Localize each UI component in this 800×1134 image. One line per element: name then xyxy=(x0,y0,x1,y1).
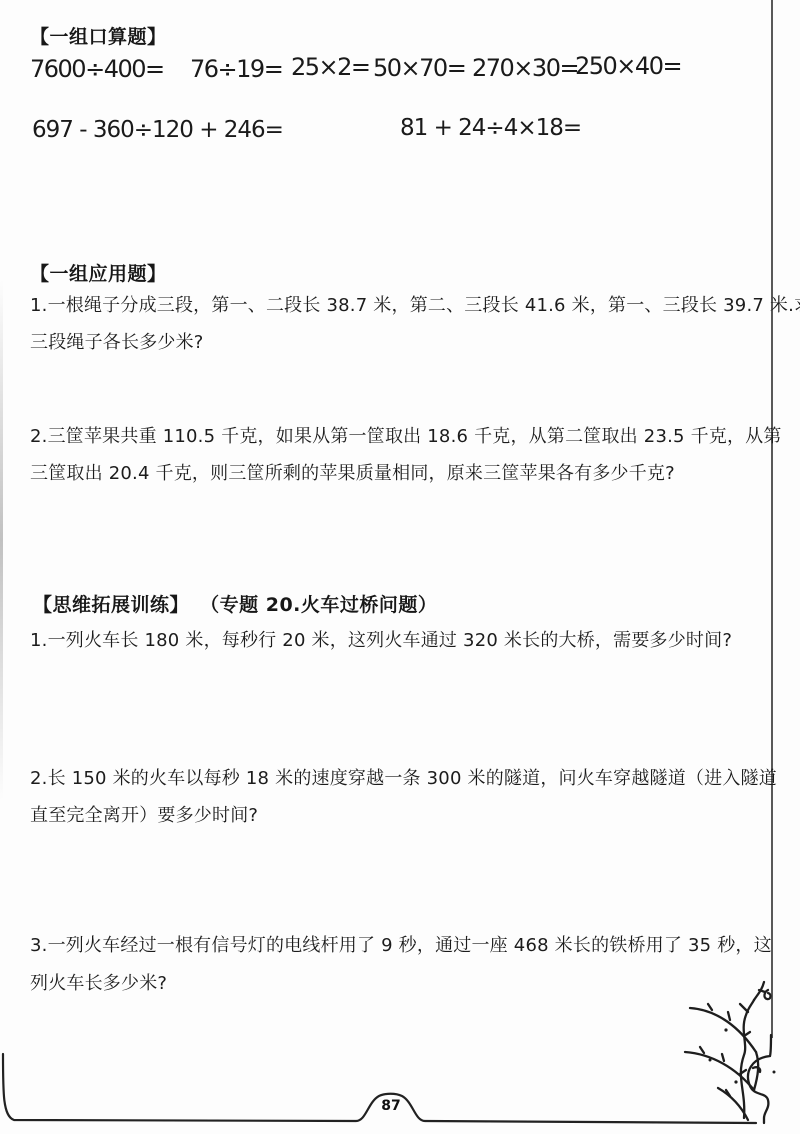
scan-edge-artifact xyxy=(0,280,3,800)
section-subtitle-topic: （专题 20.火车过桥问题） xyxy=(200,594,437,616)
problem-text-line: 列火车长多少米? xyxy=(30,969,167,995)
oral-problem: 270×30= xyxy=(472,54,578,82)
worksheet-page: 【一组口算题】 7600÷400= 76÷19= 25×2= 50×70= 27… xyxy=(0,0,800,1134)
oral-problem: 25×2= xyxy=(291,53,370,81)
expression-problem: 697 - 360÷120 + 246= xyxy=(32,117,283,143)
problem-text-line: 2.三筐苹果共重 110.5 千克，如果从第一筐取出 18.6 千克，从第二筐取… xyxy=(30,422,782,448)
section-header-word-problems: 【一组应用题】 xyxy=(30,259,167,286)
section-header-thinking: 【思维拓展训练】 xyxy=(33,594,189,616)
oral-problem: 250×40= xyxy=(575,52,681,80)
problem-text-line: 三筐取出 20.4 千克，则三筐所剩的苹果质量相同，原来三筐苹果各有多少千克? xyxy=(30,459,675,485)
problem-text-line: 1.一根绳子分成三段，第一、二段长 38.7 米，第二、三段长 41.6 米，第… xyxy=(30,291,800,317)
expression-problem: 81 + 24÷4×18= xyxy=(400,115,581,141)
oral-problem: 50×70= xyxy=(373,54,465,82)
problem-text-line: 3.一列火车经过一根有信号灯的电线杆用了 9 秒，通过一座 468 米长的铁桥用… xyxy=(30,931,772,957)
page-number: 87 xyxy=(371,1098,411,1114)
section-header-oral: 【一组口算题】 xyxy=(30,22,167,49)
page-border-right xyxy=(771,0,773,1038)
section-header-thinking-row: 【思维拓展训练】 （专题 20.火车过桥问题） xyxy=(33,590,437,617)
problem-text-line: 2.长 150 米的火车以每秒 18 米的速度穿越一条 300 米的隧道，问火车… xyxy=(30,764,777,790)
oral-problem: 76÷19= xyxy=(190,55,282,83)
problem-text-line: 1.一列火车长 180 米，每秒行 20 米，这列火车通过 320 米长的大桥，… xyxy=(30,626,732,652)
oral-problem: 7600÷400= xyxy=(30,55,164,83)
problem-text-line: 三段绳子各长多少米? xyxy=(30,328,204,354)
problem-text-line: 直至完全离开）要多少时间? xyxy=(30,801,258,827)
plant-sketch-icon xyxy=(640,960,800,1132)
